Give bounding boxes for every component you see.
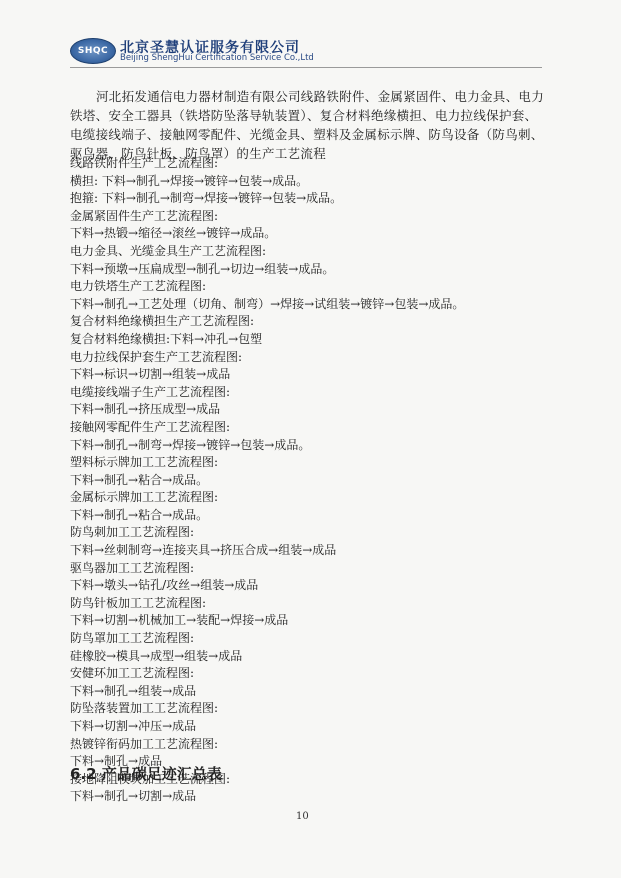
flow-line: 复合材料绝缘横担生产工艺流程图: (70, 313, 550, 331)
flow-line: 下料→墩头→钻孔/攻丝→组装→成品 (70, 577, 550, 595)
process-flow-list: 线路铁附件生产工艺流程图: 横担: 下料→制孔→焊接→镀锌→包装→成品。 抱箍:… (70, 155, 550, 806)
header-divider (70, 67, 542, 68)
flow-line: 下料→热锻→缩径→滚丝→镀锌→成品。 (70, 225, 550, 243)
flow-line: 下料→切割→冲压→成品 (70, 718, 550, 736)
flow-line: 防鸟刺加工工艺流程图: (70, 524, 550, 542)
flow-line: 下料→预墩→压扁成型→制孔→切边→组装→成品。 (70, 261, 550, 279)
flow-line: 复合材料绝缘横担:下料→冲孔→包塑 (70, 331, 550, 349)
flow-line: 下料→标识→切割→组装→成品 (70, 366, 550, 384)
flow-line: 金属紧固件生产工艺流程图: (70, 208, 550, 226)
flow-line: 横担: 下料→制孔→焊接→镀锌→包装→成品。 (70, 173, 550, 191)
flow-line: 电缆接线端子生产工艺流程图: (70, 384, 550, 402)
letterhead: SHQC 北京圣慧认证服务有限公司 Beijing ShengHui Certi… (70, 36, 570, 66)
flow-line: 电力拉线保护套生产工艺流程图: (70, 349, 550, 367)
flow-line: 金属标示牌加工工艺流程图: (70, 489, 550, 507)
section-heading: 6.2 产品碳足迹汇总表 (70, 763, 222, 784)
flow-line: 下料→制孔→挤压成型→成品 (70, 401, 550, 419)
page-number: 10 (296, 811, 309, 822)
flow-line: 下料→制孔→制弯→焊接→镀锌→包装→成品。 (70, 437, 550, 455)
flow-line: 防坠落装置加工工艺流程图: (70, 700, 550, 718)
flow-line: 线路铁附件生产工艺流程图: (70, 155, 550, 173)
flow-line: 电力金具、光缆金具生产工艺流程图: (70, 243, 550, 261)
shqc-logo: SHQC (70, 38, 116, 64)
company-name-en: Beijing ShengHui Certification Service C… (120, 53, 314, 63)
flow-line: 下料→切割→机械加工→装配→焊接→成品 (70, 612, 550, 630)
flow-line: 下料→制孔→粘合→成品。 (70, 472, 550, 490)
flow-line: 安健环加工工艺流程图: (70, 665, 550, 683)
flow-line: 塑料标示牌加工工艺流程图: (70, 454, 550, 472)
flow-line: 下料→丝刺制弯→连接夹具→挤压合成→组装→成品 (70, 542, 550, 560)
intro-paragraph: 河北拓发通信电力器材制造有限公司线路铁附件、金属紧固件、电力金具、电力铁塔、安全… (70, 87, 545, 163)
flow-line: 驱鸟器加工工艺流程图: (70, 560, 550, 578)
flow-line: 热镀锌衔码加工工艺流程图: (70, 736, 550, 754)
flow-line: 防鸟针板加工工艺流程图: (70, 595, 550, 613)
flow-line: 下料→制孔→粘合→成品。 (70, 507, 550, 525)
flow-line: 下料→制孔→切割→成品 (70, 788, 550, 806)
flow-line: 下料→制孔→组装→成品 (70, 683, 550, 701)
flow-line: 下料→制孔→工艺处理（切角、制弯）→焊接→试组装→镀锌→包装→成品。 (70, 296, 550, 314)
flow-line: 防鸟罩加工工艺流程图: (70, 630, 550, 648)
flow-line: 接触网零配件生产工艺流程图: (70, 419, 550, 437)
flow-line: 硅橡胶→模具→成型→组装→成品 (70, 648, 550, 666)
flow-line: 抱箍: 下料→制孔→制弯→焊接→镀锌→包装→成品。 (70, 190, 550, 208)
flow-line: 电力铁塔生产工艺流程图: (70, 278, 550, 296)
